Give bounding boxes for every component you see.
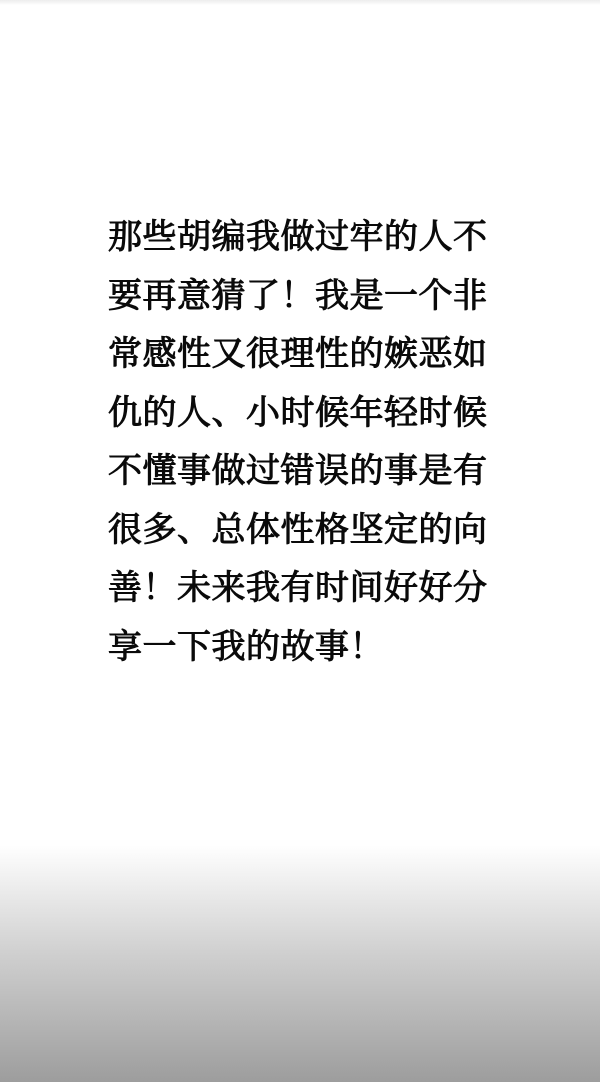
story-canvas: 那些胡编我做过牢的人不 要再意猜了！我是一个非 常感性又很理性的嫉恶如 仇的人、…: [0, 0, 600, 1082]
story-text-line: 仇的人、小时候年轻时候: [108, 384, 508, 443]
story-text-line: 常感性又很理性的嫉恶如: [108, 325, 508, 384]
story-text-line: 享一下我的故事！: [108, 618, 508, 677]
story-text-line: 不懂事做过错误的事是有: [108, 442, 508, 501]
story-text-line: 那些胡编我做过牢的人不: [108, 208, 508, 267]
story-text-line: 善！未来我有时间好好分: [108, 559, 508, 618]
top-edge-shading: [0, 0, 600, 5]
story-text-line: 很多、总体性格坚定的向: [108, 501, 508, 560]
story-text-line: 要再意猜了！我是一个非: [108, 267, 508, 326]
bottom-fade-gradient: [0, 845, 600, 1082]
story-text-block: 那些胡编我做过牢的人不 要再意猜了！我是一个非 常感性又很理性的嫉恶如 仇的人、…: [108, 208, 508, 676]
